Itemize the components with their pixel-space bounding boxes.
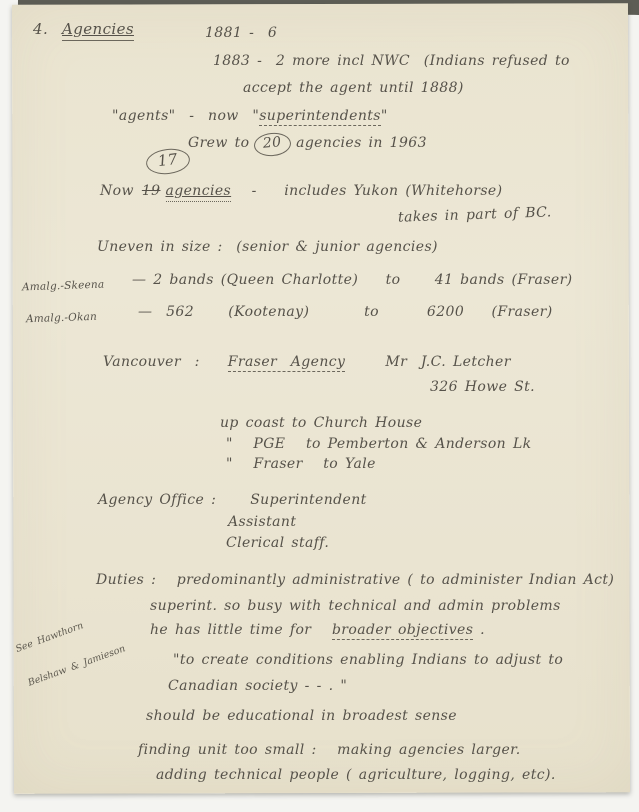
now-post: - includes Yukon (Whitehorse) — [231, 183, 502, 199]
agents-pre: "agents" - now " — [112, 108, 259, 124]
fraser-agency: Fraser Agency — [228, 354, 346, 372]
line-year-1883: 1883 - 2 more incl NWC (Indians refused … — [213, 52, 570, 70]
grew-post: agencies in 1963 — [296, 135, 427, 151]
line-vancouver: Vancouver :Fraser AgencyMr J.C. Letcher — [103, 353, 511, 371]
line-duties-3: he has little time for broader objective… — [150, 621, 485, 639]
line-accept-agent: accept the agent until 1888) — [243, 79, 464, 97]
line-population-range: — 562 (Kootenay) to 6200 (Fraser) — [138, 303, 553, 321]
line-route-coast: up coast to Church House — [220, 414, 422, 432]
line-quote-1: "to create conditions enabling Indians t… — [173, 651, 563, 669]
staff-assistant: Assistant — [228, 513, 296, 531]
margin-amalg-okan: Amalg.-Okan — [26, 308, 98, 328]
line-route-pge: " PGE to Pemberton & Anderson Lk — [226, 435, 532, 453]
line-funding-1: finding unit too small : making agencies… — [138, 741, 521, 759]
duties-3-post: . — [473, 622, 485, 638]
margin-amalg-skeena: Amalg.-Skeena — [22, 276, 105, 297]
agency-officer-name: Mr J.C. Letcher — [385, 354, 510, 370]
line-address: 326 Howe St. — [430, 378, 535, 396]
vancouver-place: Vancouver : — [103, 354, 200, 370]
line-bands-range: — 2 bands (Queen Charlotte) to 41 bands … — [132, 271, 573, 289]
agency-office-label: Agency Office : — [98, 492, 216, 508]
margin-citation-line1: See Hawthorn — [14, 609, 115, 655]
agents-post: " — [381, 108, 388, 124]
line-route-fraser: " Fraser to Yale — [226, 455, 376, 473]
line-duties-2: superint. so busy with technical and adm… — [150, 597, 561, 615]
line-agents: "agents" - now "superintendents" — [112, 107, 388, 125]
now-word-agencies: agencies — [166, 183, 232, 202]
line-educational: should be educational in broadest sense — [146, 707, 457, 725]
staff-clerical: Clerical staff. — [226, 534, 329, 552]
page-title: Agencies — [62, 20, 134, 41]
staff-superintendent: Superintendent — [250, 492, 366, 508]
line-duties-1: Duties : predominantly administrative ( … — [96, 571, 614, 589]
margin-citation-line2: Belshaw & Jamieson — [27, 643, 128, 689]
circled-number-20: 20 — [254, 131, 292, 157]
struck-number-19: 19 — [142, 183, 161, 199]
duties-3-pre: he has little time for — [150, 622, 332, 638]
line-now-agencies: Now19agencies - includes Yukon (Whitehor… — [100, 182, 502, 200]
line-year-1881: 1881 - 6 — [205, 24, 277, 42]
now-pre: Now — [100, 183, 134, 199]
line-quote-2: Canadian society - - . " — [168, 677, 347, 695]
line-funding-2: adding technical people ( agriculture, l… — [156, 766, 556, 784]
scanned-document-page: 4. Agencies 1881 - 6 1883 - 2 more incl … — [0, 0, 639, 812]
agents-word: superintendents — [259, 108, 381, 126]
broader-objectives: broader objectives — [332, 622, 473, 640]
line-grew: Grew to20agencies in 1963 — [188, 133, 427, 156]
line-agency-office: Agency Office :Superintendent — [98, 491, 367, 509]
item-number: 4. — [33, 20, 48, 38]
line-uneven-size: Uneven in size : (senior & junior agenci… — [97, 238, 438, 256]
grew-pre: Grew to — [188, 135, 249, 151]
